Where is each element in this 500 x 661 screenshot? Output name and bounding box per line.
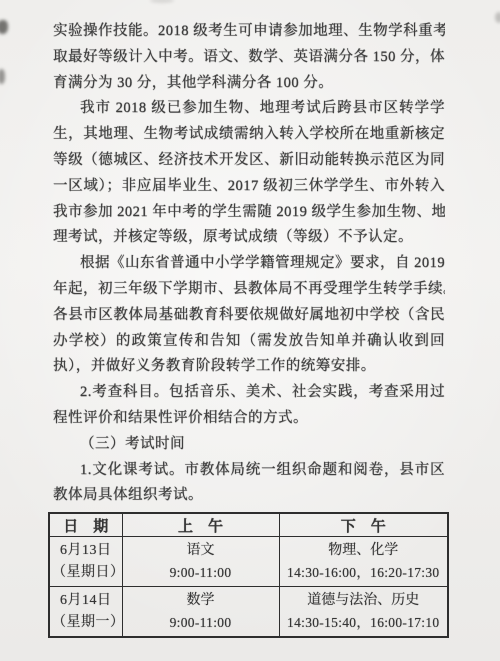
text-line: 年起，初三年级下学期市、县教体局不再受理学生转学手续。 (53, 277, 445, 303)
date-text: 6月14日 (52, 590, 120, 612)
weekday-text: （星期日） (52, 562, 120, 584)
text-line: 我市参加 2021 年中考的学生需随 2019 级学生参加生物、地 (53, 200, 445, 226)
weekday-text: （星期一） (52, 612, 120, 634)
subject-text: 物理、化学 (282, 540, 446, 562)
scan-smudge (0, 20, 8, 34)
table-row: 6月14日 （星期一） 数学 9:00-11:00 道德与法治、历史 14:30… (49, 587, 448, 638)
subject-text: 道德与法治、历史 (282, 590, 446, 612)
table-header-afternoon: 下 午 (279, 513, 448, 537)
time-text: 14:30-16:00，16:20-17:30 (282, 562, 446, 584)
date-text: 6月13日 (52, 540, 120, 562)
text-line: 1.文化课考试。市教体局统一组织命题和阅卷，县市区 (53, 458, 445, 484)
exam-schedule-table: 日 期 上 午 下 午 6月13日 （星期日） 语文 9:00-11:00 物理… (48, 512, 449, 638)
text-line: 实验操作技能。2018 级考生可申请参加地理、生物学科重考， (53, 19, 445, 45)
table-row: 6月13日 （星期日） 语文 9:00-11:00 物理、化学 14:30-16… (49, 537, 448, 587)
time-text: 9:00-11:00 (125, 562, 277, 584)
text-line: 我市 2018 级已参加生物、地理考试后跨县市区转学学 (53, 96, 445, 122)
table-header-date: 日 期 (49, 513, 122, 537)
text-line: 育满分为 30 分，其他学科满分各 100 分。 (53, 71, 445, 97)
text-line: 根据《山东省普通中小学学籍管理规定》要求，自 2019 (53, 251, 445, 277)
text-line: 等级（德城区、经济技术开发区、新旧动能转换示范区为同 (53, 148, 445, 174)
date-cell: 6月14日 （星期一） (49, 587, 122, 638)
table-header-row: 日 期 上 午 下 午 (49, 513, 448, 537)
scan-smudge (495, 12, 500, 23)
text-line: 取最好等级计入中考。语文、数学、英语满分各 150 分，体 (53, 45, 445, 71)
date-cell: 6月13日 （星期日） (49, 537, 122, 587)
morning-cell: 语文 9:00-11:00 (122, 537, 279, 587)
subject-text: 语文 (125, 540, 277, 562)
document-body: 实验操作技能。2018 级考生可申请参加地理、生物学科重考， 取最好等级计入中考… (53, 19, 445, 509)
section-heading: （三）考试时间 (53, 432, 445, 458)
time-text: 14:30-15:40，16:00-17:10 (282, 612, 446, 634)
afternoon-cell: 物理、化学 14:30-16:00，16:20-17:30 (279, 537, 448, 587)
text-line: 办学校）的政策宣传和告知（需发放告知单并确认收到回 (53, 329, 445, 355)
text-line: 2.考查科目。包括音乐、美术、社会实践，考查采用过 (53, 380, 445, 406)
text-line: 教体局具体组织考试。 (53, 483, 445, 509)
text-line: 生，其地理、生物考试成绩需纳入转入学校所在地重新核定 (53, 122, 445, 148)
afternoon-cell: 道德与法治、历史 14:30-15:40，16:00-17:10 (279, 587, 448, 638)
scan-smudge (0, 69, 5, 84)
scan-smudge (150, 0, 174, 3)
text-line: 理考试，并核定等级，原考试成绩（等级）不予认定。 (53, 225, 445, 251)
text-line: 各县市区教体局基础教育科要依规做好属地初中学校（含民 (53, 303, 445, 329)
time-text: 9:00-11:00 (125, 612, 277, 634)
text-line: 执），并做好义务教育阶段转学工作的统筹安排。 (53, 354, 445, 380)
text-line: 一区域）；非应届毕业生、2017 级初三休学学生、市外转入 (53, 174, 445, 200)
morning-cell: 数学 9:00-11:00 (122, 587, 279, 638)
text-line: 程性评价和结果性评价相结合的方式。 (53, 406, 445, 432)
subject-text: 数学 (125, 590, 277, 612)
table-header-morning: 上 午 (122, 513, 279, 537)
